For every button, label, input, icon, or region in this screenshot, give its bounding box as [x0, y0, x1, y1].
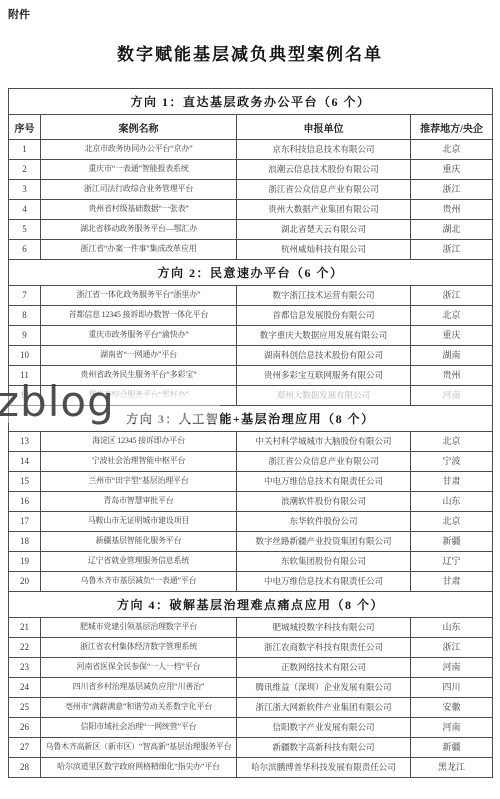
- cell-region: 重庆: [411, 160, 493, 180]
- cell-region: 贵州: [411, 200, 493, 220]
- cell-org: 浙江省公众信息产业有限公司: [237, 452, 411, 472]
- cell-region: 辽宁: [411, 552, 493, 572]
- cell-org: 中关村科学城城市大脑股份有限公司: [237, 432, 411, 452]
- cell-no: 18: [9, 532, 41, 552]
- cell-name: 贵州省村级基础数据“一张表”: [41, 200, 237, 220]
- cases-table: 方向 1：直达基层政务办公平台（6 个）序号案例名称申报单位推荐地方/央企1北京…: [8, 88, 493, 778]
- page-title: 数字赋能基层减负典型案例名单: [0, 40, 500, 65]
- table-row: 20乌鲁木齐市基层减负“一表通”平台中电万维信息技术有限责任公司甘肃: [9, 572, 493, 592]
- table-row: 22浙江省农村集体经济数字管理系统浙江农商数字科技有限责任公司浙江: [9, 638, 493, 658]
- cell-org: 东软集团股份有限公司: [237, 552, 411, 572]
- cell-name: 浙江省“办案一件事”集成改革应用: [41, 240, 237, 260]
- cell-name: 北京市政务协同办公平台“京办”: [41, 140, 237, 160]
- cell-org: 数字重庆大数据应用发展有限公司: [237, 326, 411, 346]
- column-header-name: 案例名称: [41, 115, 237, 140]
- cell-region: 重庆: [411, 326, 493, 346]
- cell-region: 宁波: [411, 452, 493, 472]
- section-header: 方向 4：破解基层治理难点痛点应用（8 个）: [9, 592, 493, 618]
- cell-org: 浪潮云信息技术股份有限公司: [237, 160, 411, 180]
- cell-org: 正数网络技术有限公司: [237, 658, 411, 678]
- cell-name: 首都信息 12345 接诉即办数智一体化平台: [41, 306, 237, 326]
- cell-name: 新疆基层智能化服务平台: [41, 532, 237, 552]
- cell-no: 17: [9, 512, 41, 532]
- cell-region: 甘肃: [411, 572, 493, 592]
- cell-no: 22: [9, 638, 41, 658]
- cell-no: 23: [9, 658, 41, 678]
- cell-no: 20: [9, 572, 41, 592]
- cell-name: 湖北省移动政务服务平台—鄂汇办: [41, 220, 237, 240]
- cell-org: 杭州威灿科技有限公司: [237, 240, 411, 260]
- cell-no: 9: [9, 326, 41, 346]
- cell-org: 京东科技信息技术有限公司: [237, 140, 411, 160]
- cell-org: 浙江浙大网新软件产业集团有限公司: [237, 698, 411, 718]
- cell-no: 7: [9, 286, 41, 306]
- cell-no: 1: [9, 140, 41, 160]
- column-header-row: 序号案例名称申报单位推荐地方/央企: [9, 115, 493, 140]
- cell-region: 湖北: [411, 220, 493, 240]
- section-header: 方向 2：民意速办平台（6 个）: [9, 260, 493, 286]
- cell-org: 肥城城投数字科技有限公司: [237, 618, 411, 638]
- table-row: 10湖南省“一网通办”平台湖南科创信息技术股份有限公司湖南: [9, 346, 493, 366]
- cell-name: 兰州市“田字型”基层治理平台: [41, 472, 237, 492]
- cell-org: 郑州大数据发展有限公司: [237, 386, 411, 406]
- cell-name: 湖南省“一网通办”平台: [41, 346, 237, 366]
- table-row: 23河南省医保全民参保“一人一档”平台正数网络技术有限公司河南: [9, 658, 493, 678]
- cell-region: 湖南: [411, 346, 493, 366]
- cell-region: 浙江: [411, 286, 493, 306]
- table-row: 4贵州省村级基础数据“一张表”贵州大数据产业集团有限公司贵州: [9, 200, 493, 220]
- column-header-org: 申报单位: [237, 115, 411, 140]
- table-row: 7浙江省一体化政务服务平台“浙里办”数字浙江技术运营有限公司浙江: [9, 286, 493, 306]
- cell-no: 25: [9, 698, 41, 718]
- cell-no: 6: [9, 240, 41, 260]
- cell-no: 8: [9, 306, 41, 326]
- cell-name: 亳州市“满薪满意”和谐劳动关系数字化平台: [41, 698, 237, 718]
- cell-org: 数字丝路新疆产业投资集团有限公司: [237, 532, 411, 552]
- cell-no: 15: [9, 472, 41, 492]
- table-row: 27乌鲁木齐高新区（新市区）“智高新”基层治理服务平台新疆数字高新科技有限公司新…: [9, 738, 493, 758]
- table-row: 19辽宁省就业管理服务信息系统东软集团股份有限公司辽宁: [9, 552, 493, 572]
- cell-org: 新疆数字高新科技有限公司: [237, 738, 411, 758]
- cell-name: 信阳市域社会治理“一网统管”平台: [41, 718, 237, 738]
- cell-name: 宁波社会治理智能中枢平台: [41, 452, 237, 472]
- table-row: 16青岛市智慧审批平台浪潮软件股份有限公司山东: [9, 492, 493, 512]
- cell-no: 16: [9, 492, 41, 512]
- cell-region: 甘肃: [411, 472, 493, 492]
- cell-name: 重庆市“一表通”智能报表系统: [41, 160, 237, 180]
- cell-org: 腾讯维益（深圳）企业发展有限公司: [237, 678, 411, 698]
- cell-no: 21: [9, 618, 41, 638]
- cell-name: 四川省乡村治理基层减负应用“川善治”: [41, 678, 237, 698]
- cell-name: 辽宁省就业管理服务信息系统: [41, 552, 237, 572]
- table-row: 8首都信息 12345 接诉即办数智一体化平台首都信息发展股份有限公司北京: [9, 306, 493, 326]
- table-row: 1北京市政务协同办公平台“京办”京东科技信息技术有限公司北京: [9, 140, 493, 160]
- table-row: 3浙江司法行政综合业务管理平台浙江省公众信息产业有限公司浙江: [9, 180, 493, 200]
- cell-no: 2: [9, 160, 41, 180]
- column-header-no: 序号: [9, 115, 41, 140]
- cell-name: 肥城市党建引领基层治理数字平台: [41, 618, 237, 638]
- cell-name: 马鞍山市无证明城市建设项目: [41, 512, 237, 532]
- cell-org: 浙江农商数字科技有限责任公司: [237, 638, 411, 658]
- table-row: 26信阳市域社会治理“一网统管”平台信阳数字产业发展有限公司河南: [9, 718, 493, 738]
- cell-name: 乌鲁木齐市基层减负“一表通”平台: [41, 572, 237, 592]
- cell-no: 13: [9, 432, 41, 452]
- cell-region: 河南: [411, 718, 493, 738]
- cell-org: 东华软件股份公司: [237, 512, 411, 532]
- table-row: 24四川省乡村治理基层减负应用“川善治”腾讯维益（深圳）企业发展有限公司四川: [9, 678, 493, 698]
- cell-region: 安徽: [411, 698, 493, 718]
- cell-region: 河南: [411, 386, 493, 406]
- table-row: 2重庆市“一表通”智能报表系统浪潮云信息技术股份有限公司重庆: [9, 160, 493, 180]
- cell-org: 湖北省楚天云有限公司: [237, 220, 411, 240]
- cell-no: 26: [9, 718, 41, 738]
- cell-org: 贵州大数据产业集团有限公司: [237, 200, 411, 220]
- cell-region: 浙江: [411, 180, 493, 200]
- column-header-region: 推荐地方/央企: [411, 115, 493, 140]
- cell-no: 19: [9, 552, 41, 572]
- table-row: 13海淀区 12345 接诉即办平台中关村科学城城市大脑股份有限公司北京: [9, 432, 493, 452]
- cell-region: 北京: [411, 140, 493, 160]
- cell-region: 山东: [411, 618, 493, 638]
- watermark: zblog: [0, 381, 115, 423]
- cell-no: 3: [9, 180, 41, 200]
- cell-no: 14: [9, 452, 41, 472]
- cell-region: 北京: [411, 512, 493, 532]
- cell-org: 首都信息发展股份有限公司: [237, 306, 411, 326]
- cell-org: 湖南科创信息技术股份有限公司: [237, 346, 411, 366]
- cell-region: 贵州: [411, 366, 493, 386]
- table-row: 14宁波社会治理智能中枢平台浙江省公众信息产业有限公司宁波: [9, 452, 493, 472]
- cell-name: 浙江司法行政综合业务管理平台: [41, 180, 237, 200]
- cell-org: 中电万维信息技术有限责任公司: [237, 472, 411, 492]
- cell-region: 新疆: [411, 738, 493, 758]
- table-row: 18新疆基层智能化服务平台数字丝路新疆产业投资集团有限公司新疆: [9, 532, 493, 552]
- cell-org: 信阳数字产业发展有限公司: [237, 718, 411, 738]
- attachment-label: 附件: [8, 6, 30, 22]
- cell-region: 北京: [411, 306, 493, 326]
- cell-name: 海淀区 12345 接诉即办平台: [41, 432, 237, 452]
- cell-no: 27: [9, 738, 41, 758]
- cell-name: 浙江省农村集体经济数字管理系统: [41, 638, 237, 658]
- cases-table-body: 方向 1：直达基层政务办公平台（6 个）序号案例名称申报单位推荐地方/央企1北京…: [9, 89, 493, 778]
- cell-region: 四川: [411, 678, 493, 698]
- table-row: 21肥城市党建引领基层治理数字平台肥城城投数字科技有限公司山东: [9, 618, 493, 638]
- cell-org: 中电万维信息技术有限责任公司: [237, 572, 411, 592]
- cell-region: 浙江: [411, 638, 493, 658]
- cell-region: 北京: [411, 432, 493, 452]
- cell-org: 浪潮软件股份有限公司: [237, 492, 411, 512]
- cell-region: 黑龙江: [411, 758, 493, 778]
- cell-org: 数字浙江技术运营有限公司: [237, 286, 411, 306]
- section-row: 方向 1：直达基层政务办公平台（6 个）: [9, 89, 493, 115]
- section-header: 方向 1：直达基层政务办公平台（6 个）: [9, 89, 493, 115]
- cell-no: 24: [9, 678, 41, 698]
- cell-name: 河南省医保全民参保“一人一档”平台: [41, 658, 237, 678]
- cell-region: 河南: [411, 658, 493, 678]
- table-row: 17马鞍山市无证明城市建设项目东华软件股份公司北京: [9, 512, 493, 532]
- cell-no: 10: [9, 346, 41, 366]
- section-row: 方向 2：民意速办平台（6 个）: [9, 260, 493, 286]
- cell-region: 山东: [411, 492, 493, 512]
- section-row: 方向 4：破解基层治理难点痛点应用（8 个）: [9, 592, 493, 618]
- cell-no: 5: [9, 220, 41, 240]
- cell-name: 青岛市智慧审批平台: [41, 492, 237, 512]
- cell-no: 28: [9, 758, 41, 778]
- cell-region: 新疆: [411, 532, 493, 552]
- table-row: 5湖北省移动政务服务平台—鄂汇办湖北省楚天云有限公司湖北: [9, 220, 493, 240]
- cell-name: 浙江省一体化政务服务平台“浙里办”: [41, 286, 237, 306]
- table-row: 15兰州市“田字型”基层治理平台中电万维信息技术有限责任公司甘肃: [9, 472, 493, 492]
- table-row: 9重庆市政务服务平台“渝快办”数字重庆大数据应用发展有限公司重庆: [9, 326, 493, 346]
- table-row: 28哈尔滨道里区数字政府网格精细化“指尖办”平台哈尔滨鹏博普华科技发展有限责任公…: [9, 758, 493, 778]
- cell-org: 浙江省公众信息产业有限公司: [237, 180, 411, 200]
- cell-org: 哈尔滨鹏博普华科技发展有限责任公司: [237, 758, 411, 778]
- cell-region: 浙江: [411, 240, 493, 260]
- cell-name: 哈尔滨道里区数字政府网格精细化“指尖办”平台: [41, 758, 237, 778]
- cell-name: 重庆市政务服务平台“渝快办”: [41, 326, 237, 346]
- table-row: 6浙江省“办案一件事”集成改革应用杭州威灿科技有限公司浙江: [9, 240, 493, 260]
- cell-org: 贵州多彩宝互联网服务有限公司: [237, 366, 411, 386]
- cell-no: 4: [9, 200, 41, 220]
- cell-name: 乌鲁木齐高新区（新市区）“智高新”基层治理服务平台: [41, 738, 237, 758]
- table-row: 25亳州市“满薪满意”和谐劳动关系数字化平台浙江浙大网新软件产业集团有限公司安徽: [9, 698, 493, 718]
